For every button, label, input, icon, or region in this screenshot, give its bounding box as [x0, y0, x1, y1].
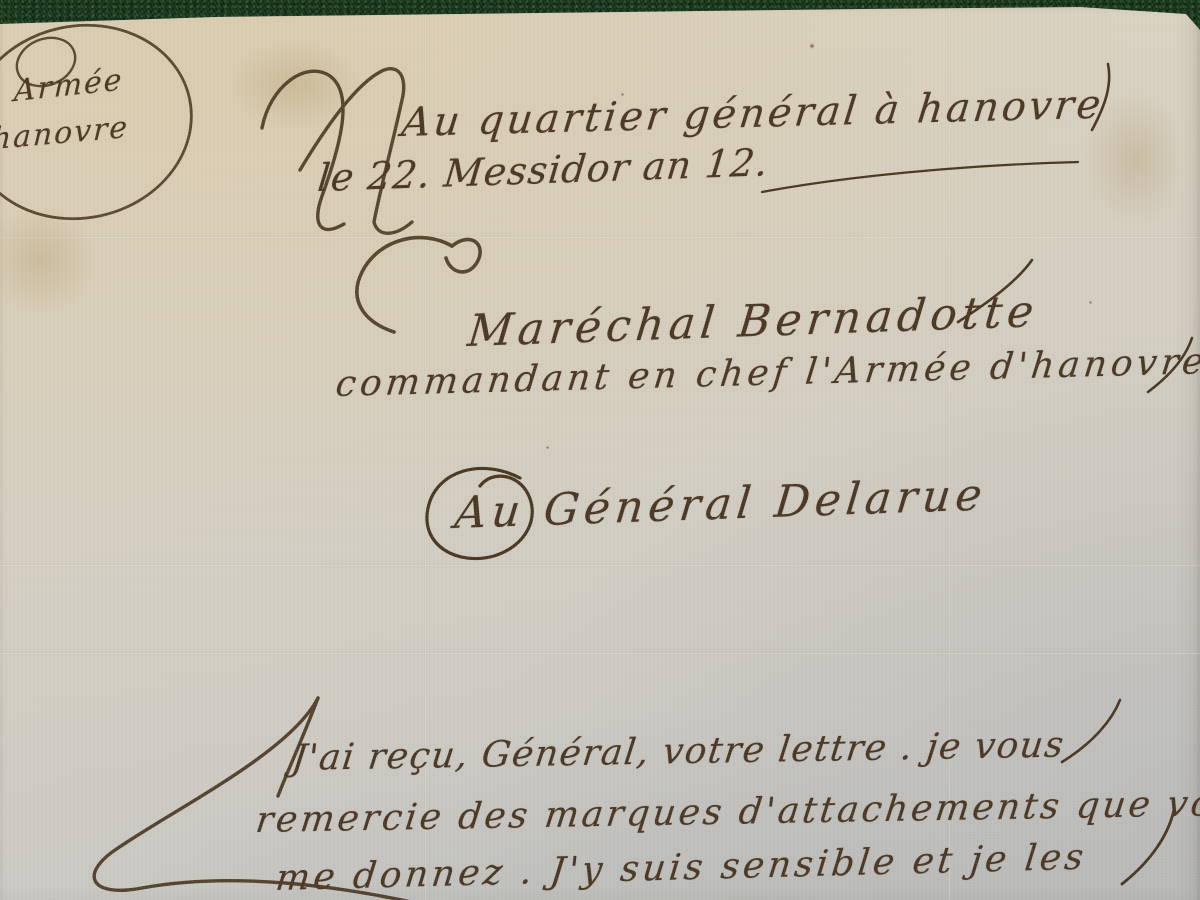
photo-scene: Armée hanovre Au quartier général à hano…	[0, 0, 1200, 900]
le-paraph-flourish	[357, 238, 480, 332]
ink-speck	[545, 445, 550, 450]
addressee-title: commandant en chef l'Armée d'hanovre	[334, 341, 1200, 405]
stamp-line-armee: Armée	[13, 62, 124, 109]
dateline-date: le 22. Messidor an 12.	[316, 140, 771, 200]
paper-stain	[0, 180, 120, 340]
stamp-line-hanovre: hanovre	[0, 110, 130, 157]
ink-speck	[1088, 300, 1093, 305]
crease-line	[0, 564, 1200, 567]
letter-paper: Armée hanovre Au quartier général à hano…	[0, 0, 1200, 900]
crease-line	[0, 652, 1200, 655]
ink-speck	[808, 42, 816, 50]
crease-line	[0, 236, 1200, 239]
salutation-line: Au Général Delarue	[452, 469, 989, 539]
dateline-place: Au quartier général à hanovre	[399, 82, 1106, 147]
paper-stain	[200, 20, 390, 150]
body-line-3: me donnez . J'y suis sensible et je les	[274, 837, 1089, 899]
addressee-name: Maréchal Bernadotte	[465, 286, 1041, 357]
date-underline-flourish	[762, 162, 1078, 192]
body-line-2: remercie des marques d'attachements que …	[253, 782, 1200, 841]
monogram-flourish	[262, 69, 412, 234]
vous-flourish	[1062, 700, 1120, 762]
